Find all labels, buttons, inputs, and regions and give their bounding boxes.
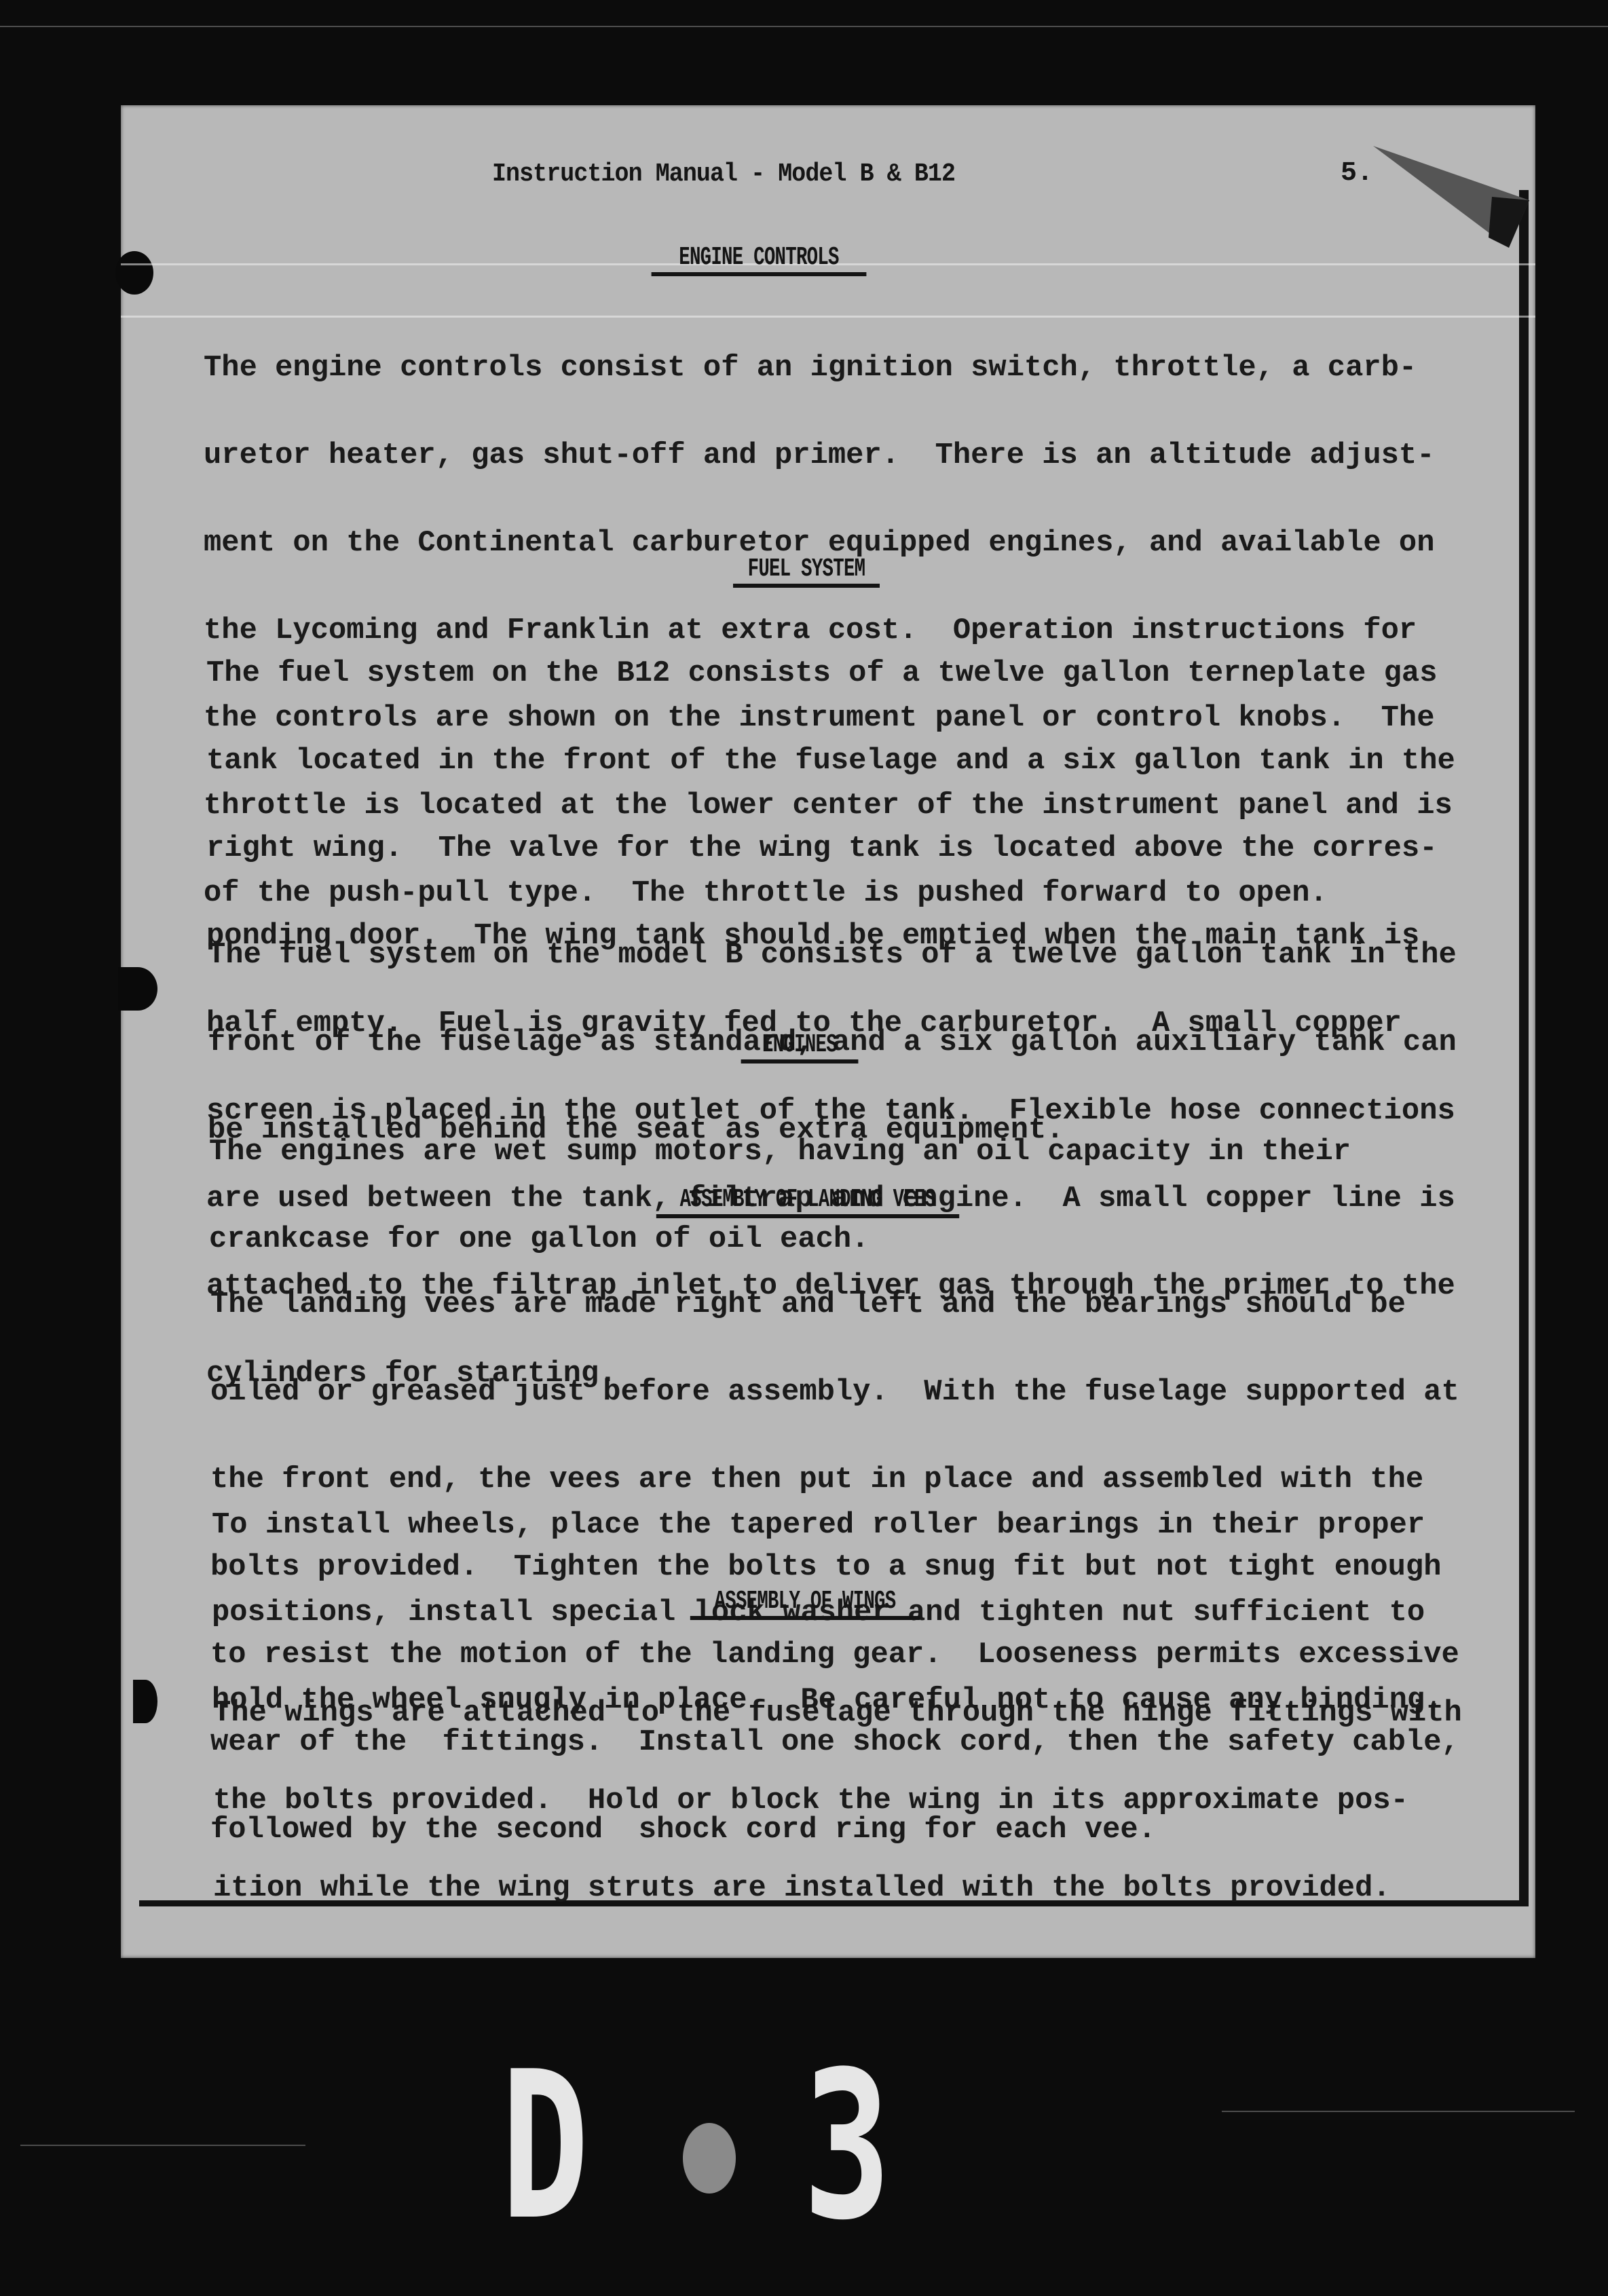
text-line: The fuel system on the B12 consists of a… xyxy=(206,659,1455,688)
text-line: right wing. The valve for the wing tank … xyxy=(206,834,1455,863)
section-heading-engine-controls: ENGINE CONTROLS xyxy=(652,244,867,276)
text-line: The fuel system on the model B consists … xyxy=(208,941,1457,970)
frame-label-letter: D xyxy=(501,2063,589,2229)
text-line: The engine controls consist of an igniti… xyxy=(204,354,1453,383)
page-number: 5. xyxy=(1341,158,1373,189)
film-scratch xyxy=(0,26,1608,27)
text-line: tank located in the front of the fuselag… xyxy=(206,747,1455,776)
document-header-title: Instruction Manual - Model B & B12 xyxy=(492,159,955,189)
text-line: the bolts provided. Hold or block the wi… xyxy=(213,1786,1462,1815)
paragraph-wings: The wings are attached to the fuselage t… xyxy=(213,1640,1462,1961)
section-heading-assembly-landing-vees: ASSEMBLY OF LANDING VEES xyxy=(656,1186,959,1218)
punch-hole xyxy=(118,967,157,1011)
document-page: Instruction Manual - Model B & B12 5. EN… xyxy=(121,105,1535,1958)
film-scratch xyxy=(1222,2111,1575,2112)
corner-flag-icon xyxy=(1373,146,1529,248)
text-line: uretor heater, gas shut-off and primer. … xyxy=(204,441,1453,470)
section-heading-assembly-wings: ASSEMBLY OF WINGS xyxy=(690,1588,920,1620)
section-heading-engines: ENGINES xyxy=(741,1032,859,1064)
section-heading-fuel-system: FUEL SYSTEM xyxy=(733,556,880,588)
text-line: To install wheels, place the tapered rol… xyxy=(212,1511,1443,1540)
text-line: oiled or greased just before assembly. W… xyxy=(210,1378,1459,1407)
film-scratch xyxy=(20,2145,305,2146)
punch-hole xyxy=(133,1680,157,1723)
punch-hole xyxy=(115,251,153,295)
text-line: The landing vees are made right and left… xyxy=(210,1290,1459,1319)
page-border-right xyxy=(1519,190,1529,1906)
text-line: ment on the Continental carburetor equip… xyxy=(204,529,1453,558)
text-line: The engines are wet sump motors, having … xyxy=(209,1137,1351,1167)
text-line: ition while the wing struts are installe… xyxy=(213,1874,1462,1903)
text-line: The wings are attached to the fuselage t… xyxy=(213,1699,1462,1728)
frame-label-dot xyxy=(683,2123,736,2194)
frame-label-number: 3 xyxy=(803,2063,891,2229)
